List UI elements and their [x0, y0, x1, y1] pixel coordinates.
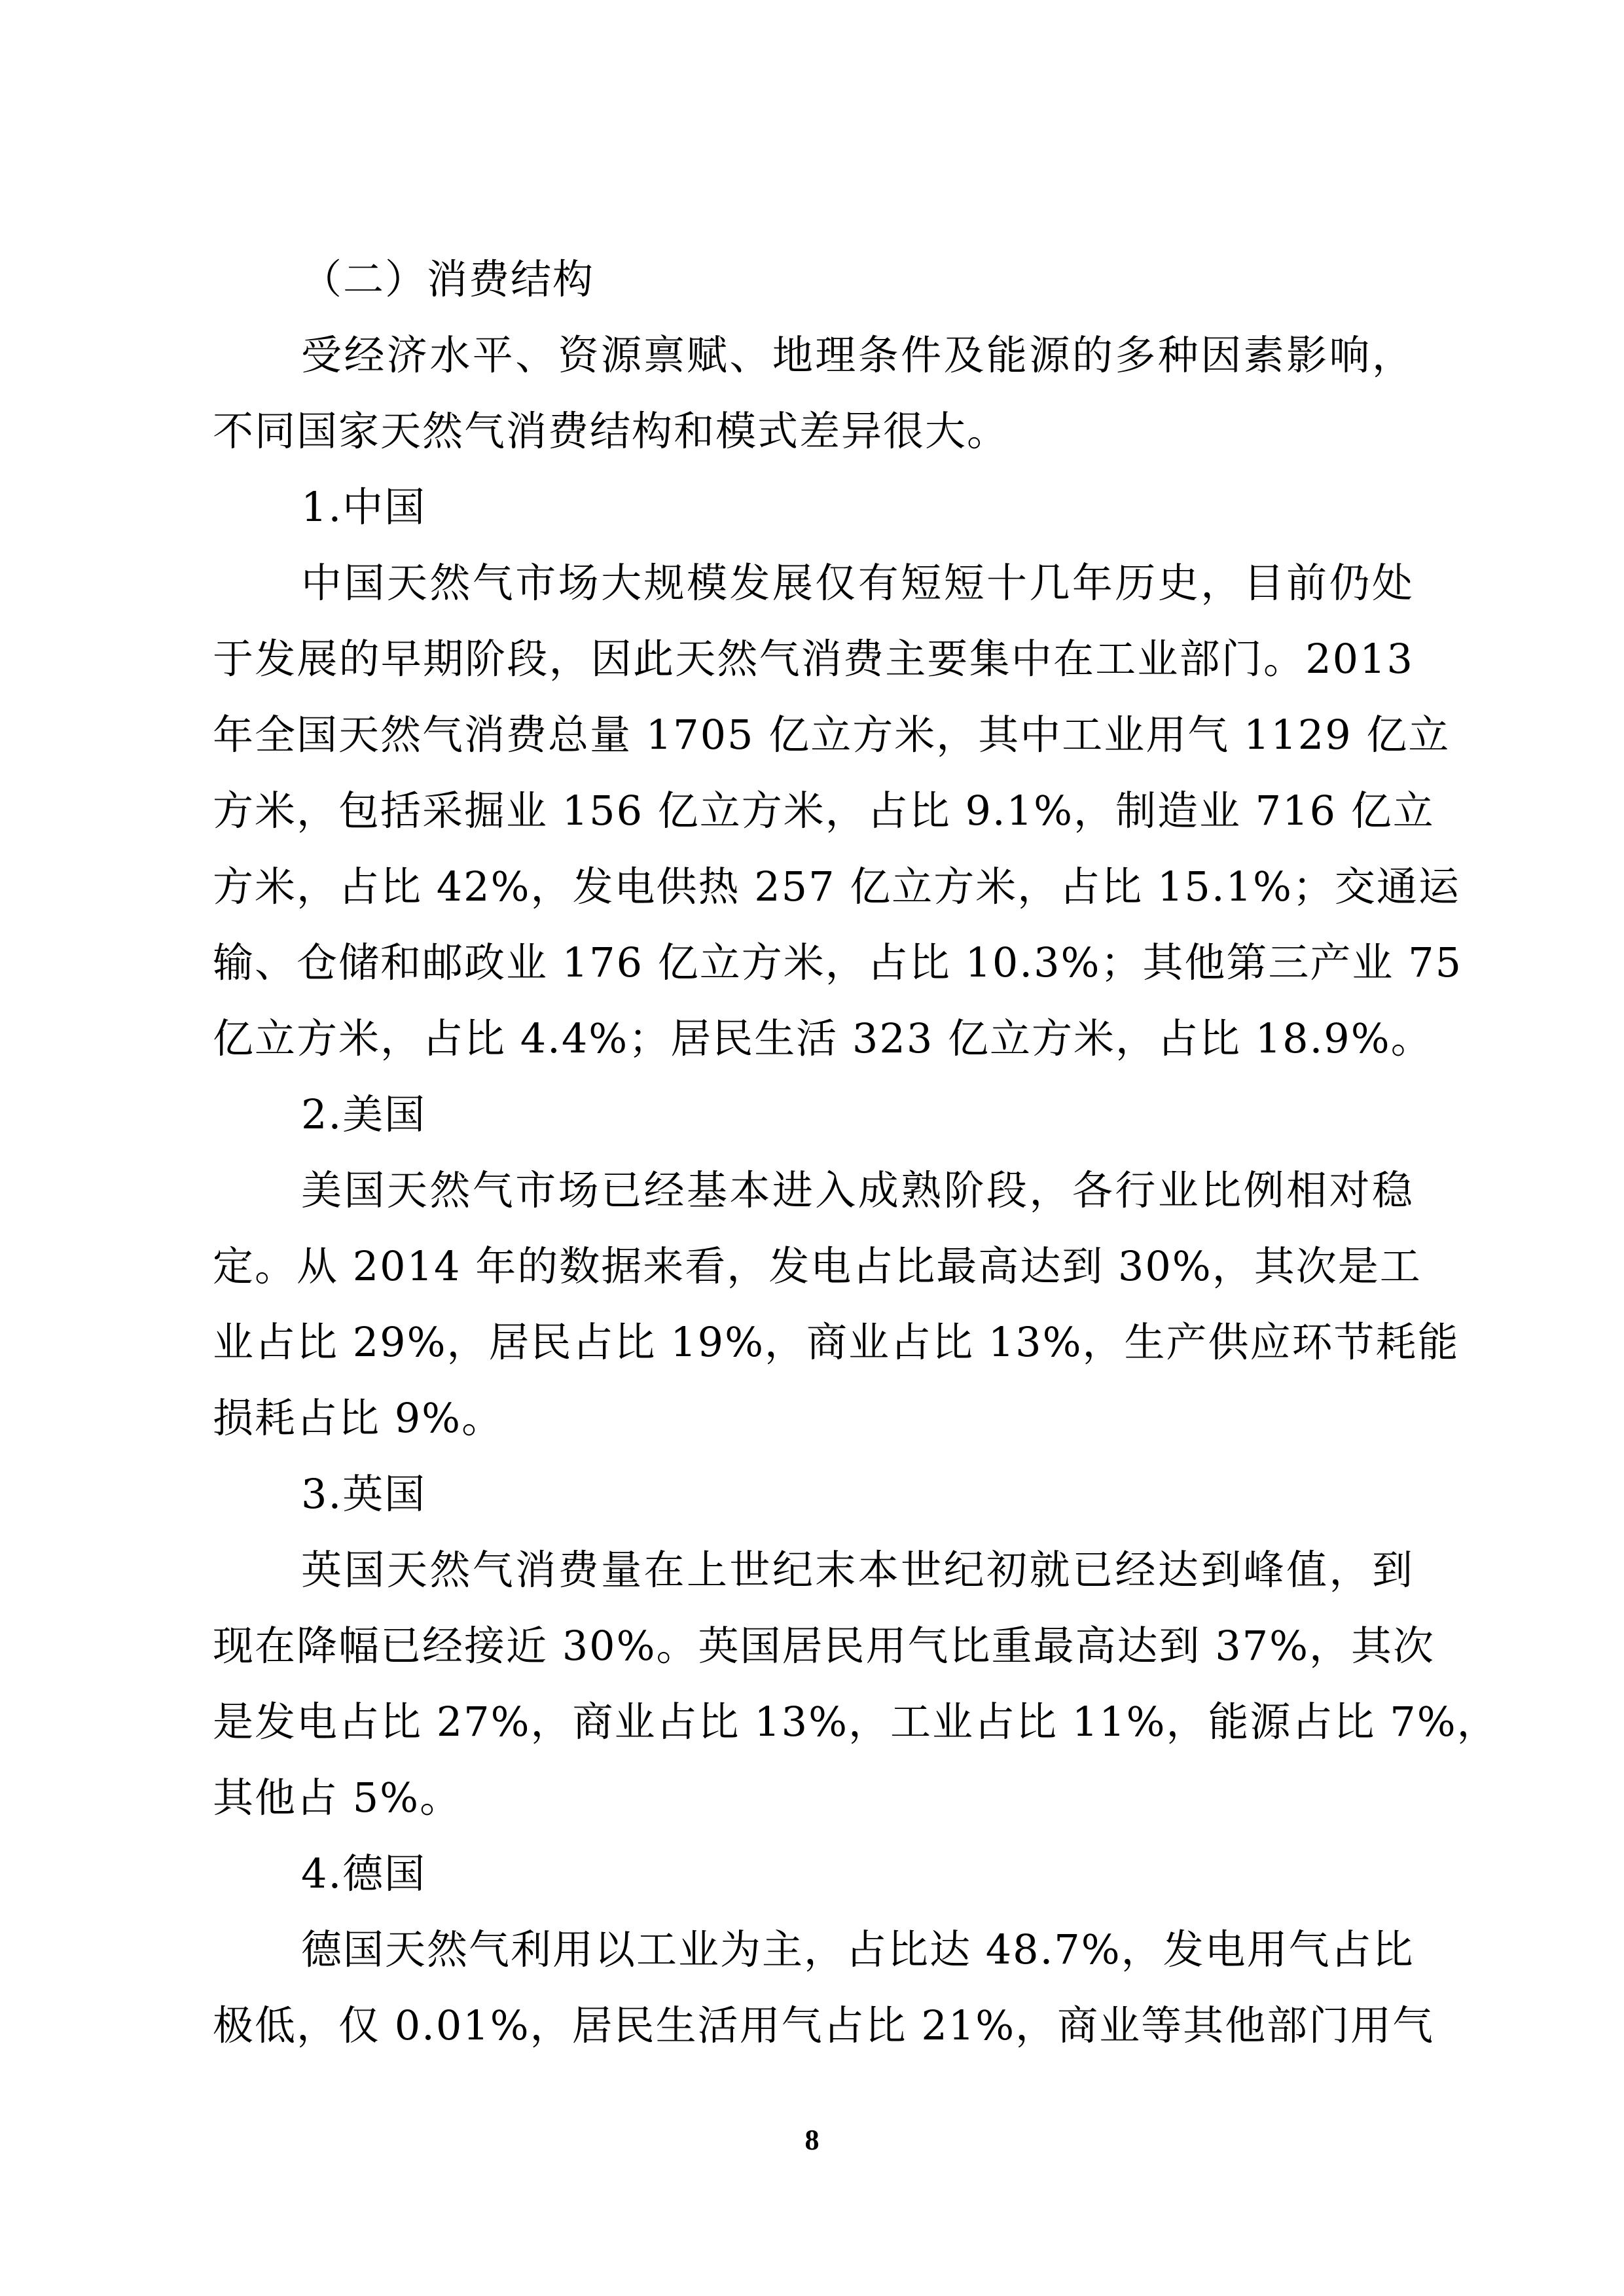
paragraph-usa: 美国天然气市场已经基本进入成熟阶段，各行业比例相对稳 定。从 2014 年的数据…	[213, 1153, 1414, 1456]
intro-paragraph: 受经济水平、资源禀赋、地理条件及能源的多种因素影响， 不同国家天然气消费结构和模…	[213, 317, 1414, 469]
paragraph-line: 于发展的早期阶段，因此天然气消费主要集中在工业部门。2013	[213, 621, 1414, 697]
paragraph-line: 极低，仅 0.01%，居民生活用气占比 21%，商业等其他部门用气	[213, 1988, 1414, 2064]
paragraph-line: 输、仓储和邮政业 176 亿立方米，占比 10.3%；其他第三产业 75	[213, 925, 1414, 1001]
paragraph-uk: 英国天然气消费量在上世纪末本世纪初就已经达到峰值，到 现在降幅已经接近 30%。…	[213, 1532, 1414, 1836]
paragraph-line: 受经济水平、资源禀赋、地理条件及能源的多种因素影响，	[213, 317, 1414, 393]
document-page: （二）消费结构 受经济水平、资源禀赋、地理条件及能源的多种因素影响， 不同国家天…	[0, 0, 1624, 2296]
paragraph-line: 损耗占比 9%。	[213, 1380, 1414, 1456]
subheading-usa: 2.美国	[213, 1077, 1414, 1153]
paragraph-line: 美国天然气市场已经基本进入成熟阶段，各行业比例相对稳	[213, 1153, 1414, 1229]
subheading-uk: 3.英国	[213, 1456, 1414, 1532]
paragraph-germany: 德国天然气利用以工业为主，占比达 48.7%，发电用气占比 极低，仅 0.01%…	[213, 1912, 1414, 2064]
paragraph-line: 年全国天然气消费总量 1705 亿立方米，其中工业用气 1129 亿立	[213, 697, 1414, 773]
subheading-germany: 4.德国	[213, 1836, 1414, 1912]
paragraph-line: 德国天然气利用以工业为主，占比达 48.7%，发电用气占比	[213, 1912, 1414, 1988]
page-number: 8	[0, 2121, 1624, 2160]
subheading-china: 1.中国	[213, 469, 1414, 545]
paragraph-line: 中国天然气市场大规模发展仅有短短十几年历史，目前仍处	[213, 545, 1414, 621]
paragraph-line: 业占比 29%，居民占比 19%，商业占比 13%，生产供应环节耗能	[213, 1304, 1414, 1380]
paragraph-line: 英国天然气消费量在上世纪末本世纪初就已经达到峰值，到	[213, 1532, 1414, 1608]
paragraph-line: 不同国家天然气消费结构和模式差异很大。	[213, 393, 1414, 469]
paragraph-line: 定。从 2014 年的数据来看，发电占比最高达到 30%，其次是工	[213, 1229, 1414, 1304]
section-heading: （二）消费结构	[213, 242, 1414, 317]
paragraph-line: 方米，占比 42%，发电供热 257 亿立方米，占比 15.1%；交通运	[213, 849, 1414, 925]
paragraph-line: 亿立方米，占比 4.4%；居民生活 323 亿立方米，占比 18.9%。	[213, 1001, 1414, 1077]
paragraph-china: 中国天然气市场大规模发展仅有短短十几年历史，目前仍处 于发展的早期阶段，因此天然…	[213, 545, 1414, 1077]
paragraph-line: 是发电占比 27%，商业占比 13%，工业占比 11%，能源占比 7%，	[213, 1684, 1414, 1760]
paragraph-line: 其他占 5%。	[213, 1760, 1414, 1836]
paragraph-line: 方米，包括采掘业 156 亿立方米，占比 9.1%，制造业 716 亿立	[213, 773, 1414, 849]
body-text: （二）消费结构 受经济水平、资源禀赋、地理条件及能源的多种因素影响， 不同国家天…	[213, 242, 1414, 2064]
paragraph-line: 现在降幅已经接近 30%。英国居民用气比重最高达到 37%，其次	[213, 1608, 1414, 1684]
